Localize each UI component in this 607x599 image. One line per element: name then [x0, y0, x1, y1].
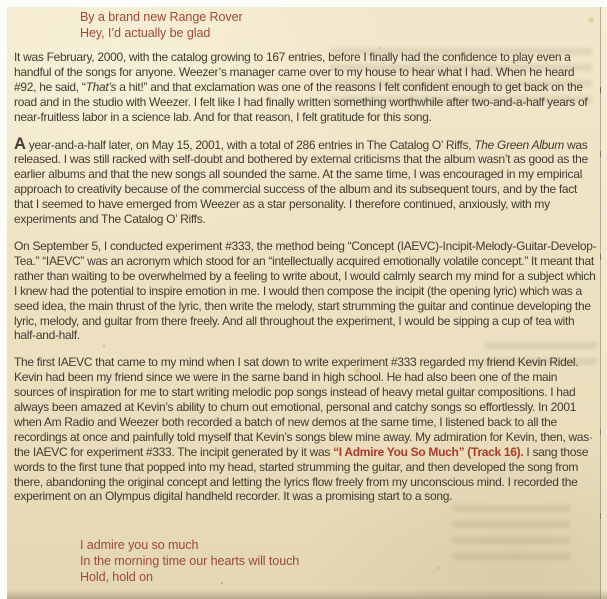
scan-bottom-shadow [7, 590, 607, 599]
paper-specks [7, 7, 9, 9]
lyric-line: Hey, I’d actually be glad [80, 26, 243, 42]
paragraph: It was February, 2000, with the catalog … [14, 50, 597, 125]
quoted-lyrics-bottom: I admire you so muchIn the morning time … [80, 538, 299, 585]
quoted-lyrics-top: By a brand new Range RoverHey, I’d actua… [80, 10, 243, 42]
text-segment: A [14, 135, 26, 153]
paragraph: On September 5, I conducted experiment #… [14, 239, 597, 343]
lyric-line: In the morning time our hearts will touc… [80, 554, 299, 570]
text-segment: year-and-a-half later, on May 15, 2001, … [26, 138, 475, 152]
paragraph: A year-and-a-half later, on May 15, 2001… [14, 137, 597, 227]
text-segment: The first IAEVC that came to my mind whe… [14, 355, 589, 458]
lyric-line: I admire you so much [80, 538, 299, 554]
text-segment: The Green Album [474, 138, 564, 152]
lyric-line: Hold, hold on [80, 570, 299, 586]
liner-notes-text: It was February, 2000, with the catalog … [14, 50, 597, 516]
paragraph: The first IAEVC that came to my mind whe… [14, 355, 597, 504]
text-segment: “I Admire You So Much” (Track 16). [333, 445, 523, 459]
text-segment: That’s [86, 80, 117, 94]
paper-background: By a brand new Range RoverHey, I’d actua… [7, 7, 607, 599]
paper-stain [587, 16, 595, 24]
lyric-line: By a brand new Range Rover [80, 10, 243, 26]
text-segment: On September 5, I conducted experiment #… [14, 239, 596, 342]
scanned-booklet-page: By a brand new Range RoverHey, I’d actua… [0, 0, 607, 599]
next-page-edge [601, 7, 607, 599]
